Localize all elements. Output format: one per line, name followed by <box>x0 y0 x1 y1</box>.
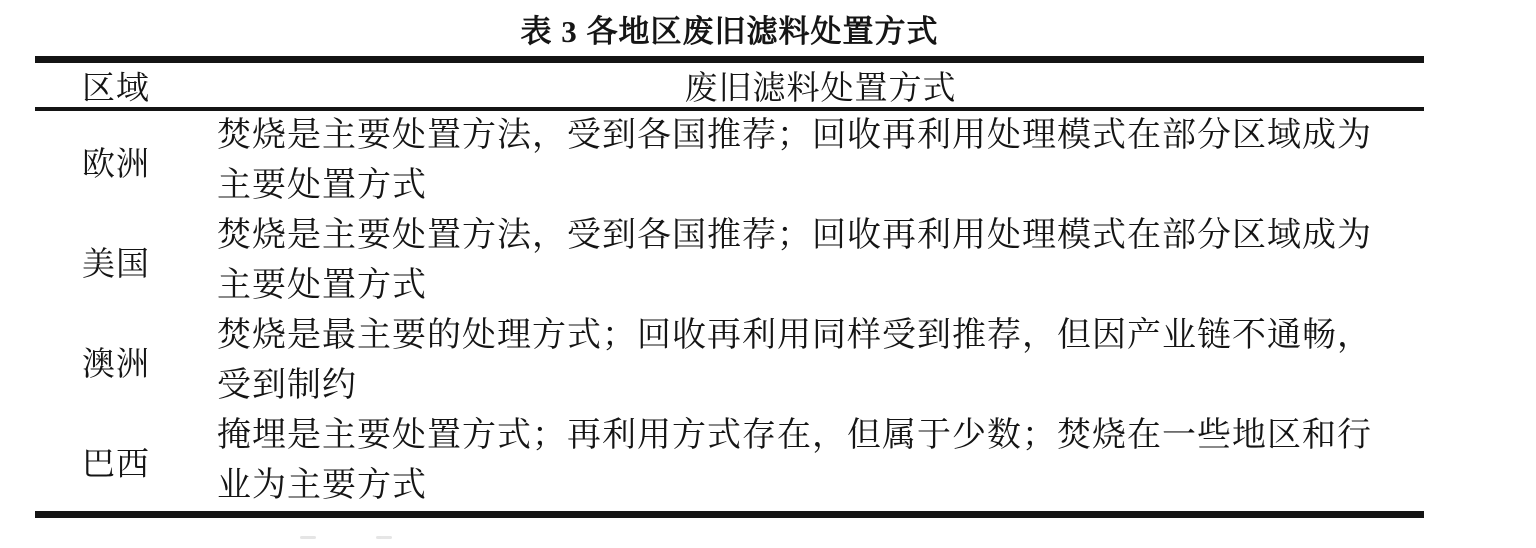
table-row: 美国 焚烧是主要处置方法，受到各国推荐；回收再利用处理模式在部分区域成为主要处置… <box>35 211 1424 311</box>
data-table: 区域 废旧滤料处置方式 欧洲 焚烧是主要处置方法，受到各国推荐；回收再利用处理模… <box>35 56 1424 518</box>
region-cell: 欧洲 <box>35 111 217 211</box>
document-page: 表 3 各地区废旧滤料处置方式 区域 废旧滤料处置方式 欧洲 焚烧是主要处置方法… <box>0 0 1536 548</box>
region-cell: 美国 <box>35 211 217 311</box>
region-cell: 巴西 <box>35 411 217 511</box>
header-cell-region: 区域 <box>35 62 217 109</box>
table-header-row: 区域 废旧滤料处置方式 <box>35 63 1424 111</box>
table-row: 澳洲 焚烧是最主要的处理方式；回收再利用同样受到推荐，但因产业链不通畅，受到制约 <box>35 311 1424 411</box>
table-row: 欧洲 焚烧是主要处置方法，受到各国推荐；回收再利用处理模式在部分区域成为主要处置… <box>35 111 1424 211</box>
table-row: 巴西 掩埋是主要处置方式；再利用方式存在，但属于少数；焚烧在一些地区和行业为主要… <box>35 411 1424 511</box>
table-caption: 表 3 各地区废旧滤料处置方式 <box>35 6 1424 51</box>
method-cell: 焚烧是主要处置方法，受到各国推荐；回收再利用处理模式在部分区域成为主要处置方式 <box>217 211 1397 311</box>
method-cell: 焚烧是最主要的处理方式；回收再利用同样受到推荐，但因产业链不通畅，受到制约 <box>217 311 1397 411</box>
region-cell: 澳洲 <box>35 311 217 411</box>
header-cell-method: 废旧滤料处置方式 <box>217 62 1424 109</box>
method-cell: 掩埋是主要处置方式；再利用方式存在，但属于少数；焚烧在一些地区和行业为主要方式 <box>217 411 1397 511</box>
method-cell: 焚烧是主要处置方法，受到各国推荐；回收再利用处理模式在部分区域成为主要处置方式 <box>217 111 1397 211</box>
scan-artifact <box>300 536 480 540</box>
